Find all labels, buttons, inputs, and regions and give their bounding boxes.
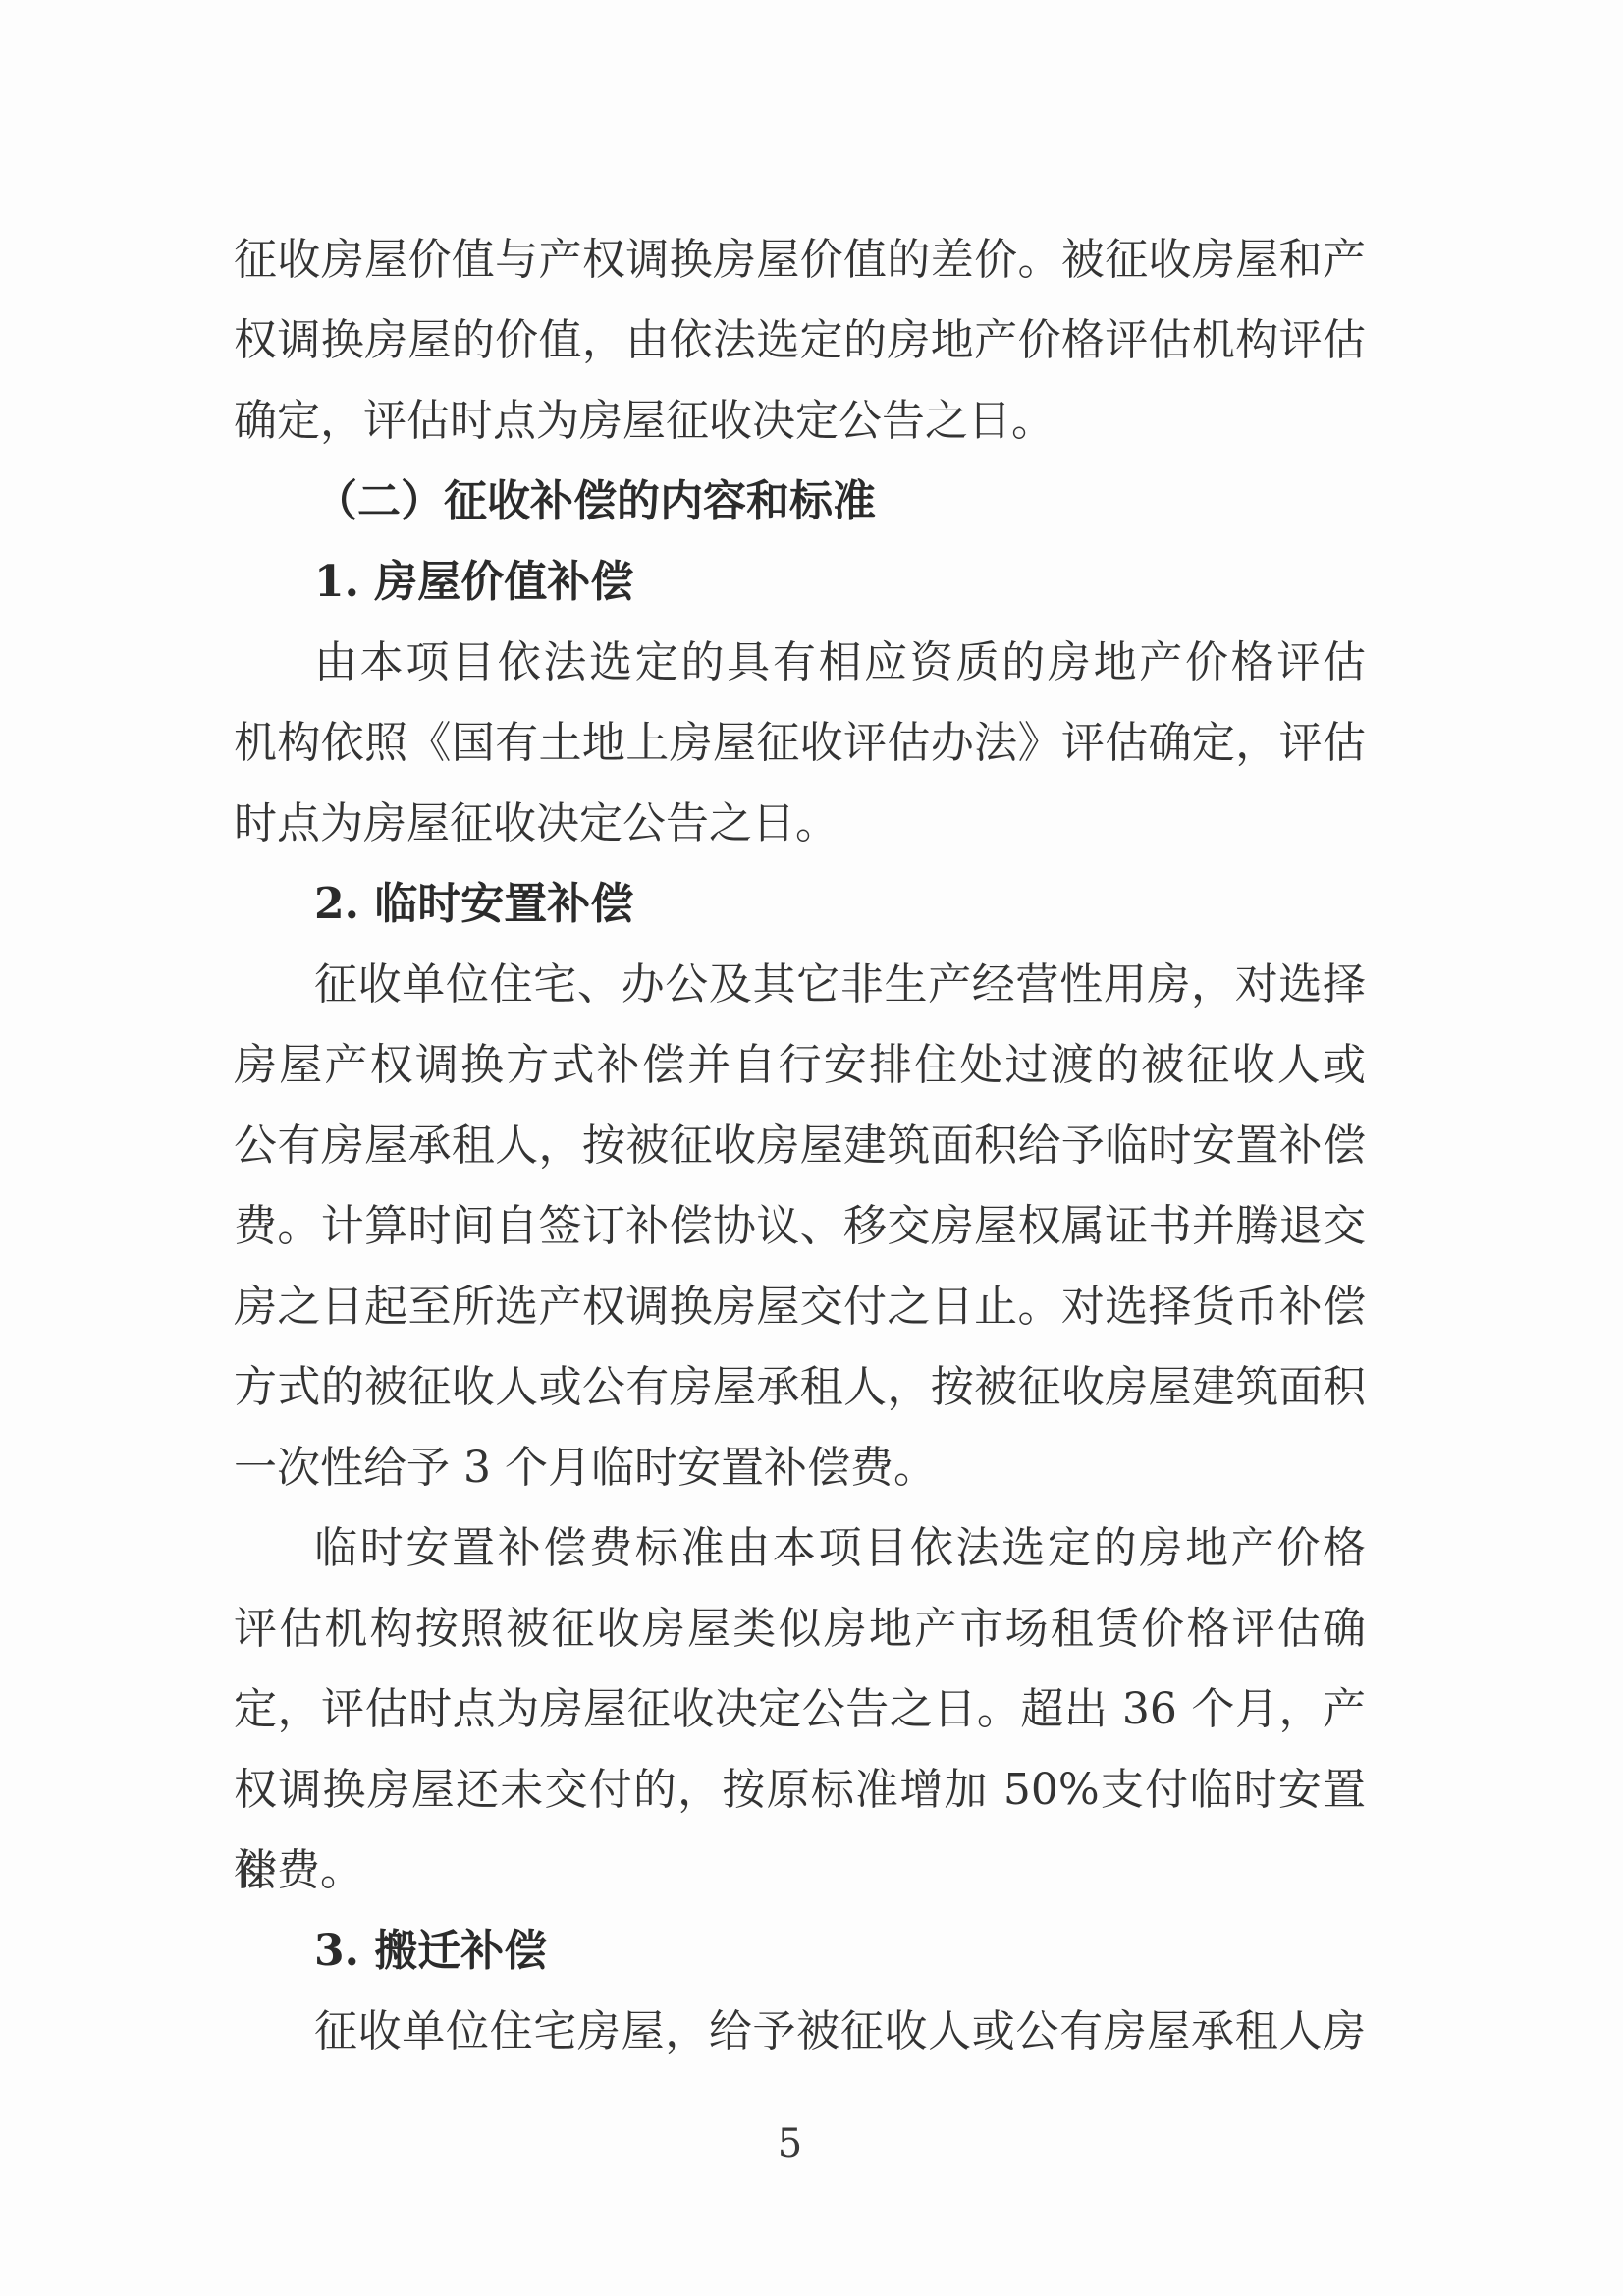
text-line: 机构依照《国有土地上房屋征收评估办法》评估确定，评估 [234, 703, 1366, 784]
page-number: 5 [0, 2117, 1601, 2170]
text-line: 定，评估时点为房屋征收决定公告之日。超出 36 个月，产 [234, 1669, 1366, 1750]
text-line: 征收单位住宅、办公及其它非生产经营性用房，对选择 [234, 945, 1366, 1025]
page-body: 征收房屋价值与产权调换房屋价值的差价。被征收房屋和产 权调换房屋的价值，由依法选… [234, 220, 1366, 2072]
text-line: 征收房屋价值与产权调换房屋价值的差价。被征收房屋和产 [234, 220, 1366, 301]
section-heading: 3. 搬迁补偿 [234, 1911, 1366, 1992]
text-line: 权调换房屋的价值，由依法选定的房地产价格评估机构评估 [234, 301, 1366, 381]
text-line: 费。计算时间自签订补偿协议、移交房屋权属证书并腾退交 [234, 1186, 1366, 1267]
text-line: 临时安置补偿费标准由本项目依法选定的房地产价格 [234, 1508, 1366, 1589]
heading-line: 3. 搬迁补偿 [234, 1911, 1366, 1992]
paragraph: 征收单位住宅、办公及其它非生产经营性用房，对选择 房屋产权调换方式补偿并自行安排… [234, 945, 1366, 1508]
document-page: 征收房屋价值与产权调换房屋价值的差价。被征收房屋和产 权调换房屋的价值，由依法选… [0, 0, 1623, 2296]
heading-line: （二）征收补偿的内容和标准 [234, 462, 1366, 542]
text-line: 由本项目依法选定的具有相应资质的房地产价格评估 [234, 623, 1366, 703]
text-line: 评估机构按照被征收房屋类似房地产市场租赁价格评估确 [234, 1589, 1366, 1669]
section-heading: （二）征收补偿的内容和标准 [234, 462, 1366, 542]
text-line: 偿费。 [234, 1831, 1366, 1911]
text-line: 房之日起至所选产权调换房屋交付之日止。对选择货币补偿 [234, 1267, 1366, 1347]
section-heading: 2. 临时安置补偿 [234, 864, 1366, 945]
text-line: 确定，评估时点为房屋征收决定公告之日。 [234, 381, 1366, 462]
paragraph: 征收房屋价值与产权调换房屋价值的差价。被征收房屋和产 权调换房屋的价值，由依法选… [234, 220, 1366, 462]
heading-line: 2. 临时安置补偿 [234, 864, 1366, 945]
text-line: 公有房屋承租人，按被征收房屋建筑面积给予临时安置补偿 [234, 1106, 1366, 1186]
text-line: 一次性给予 3 个月临时安置补偿费。 [234, 1428, 1366, 1508]
heading-line: 1. 房屋价值补偿 [234, 542, 1366, 623]
section-heading: 1. 房屋价值补偿 [234, 542, 1366, 623]
text-line: 时点为房屋征收决定公告之日。 [234, 784, 1366, 864]
paragraph: 由本项目依法选定的具有相应资质的房地产价格评估 机构依照《国有土地上房屋征收评估… [234, 623, 1366, 864]
text-line: 房屋产权调换方式补偿并自行安排住处过渡的被征收人或 [234, 1025, 1366, 1106]
text-line: 方式的被征收人或公有房屋承租人，按被征收房屋建筑面积 [234, 1347, 1366, 1428]
text-line: 权调换房屋还未交付的，按原标准增加 50%支付临时安置补 [234, 1750, 1366, 1831]
text-line: 征收单位住宅房屋，给予被征收人或公有房屋承租人房 [234, 1992, 1366, 2072]
paragraph: 临时安置补偿费标准由本项目依法选定的房地产价格 评估机构按照被征收房屋类似房地产… [234, 1508, 1366, 1911]
paragraph: 征收单位住宅房屋，给予被征收人或公有房屋承租人房 [234, 1992, 1366, 2072]
